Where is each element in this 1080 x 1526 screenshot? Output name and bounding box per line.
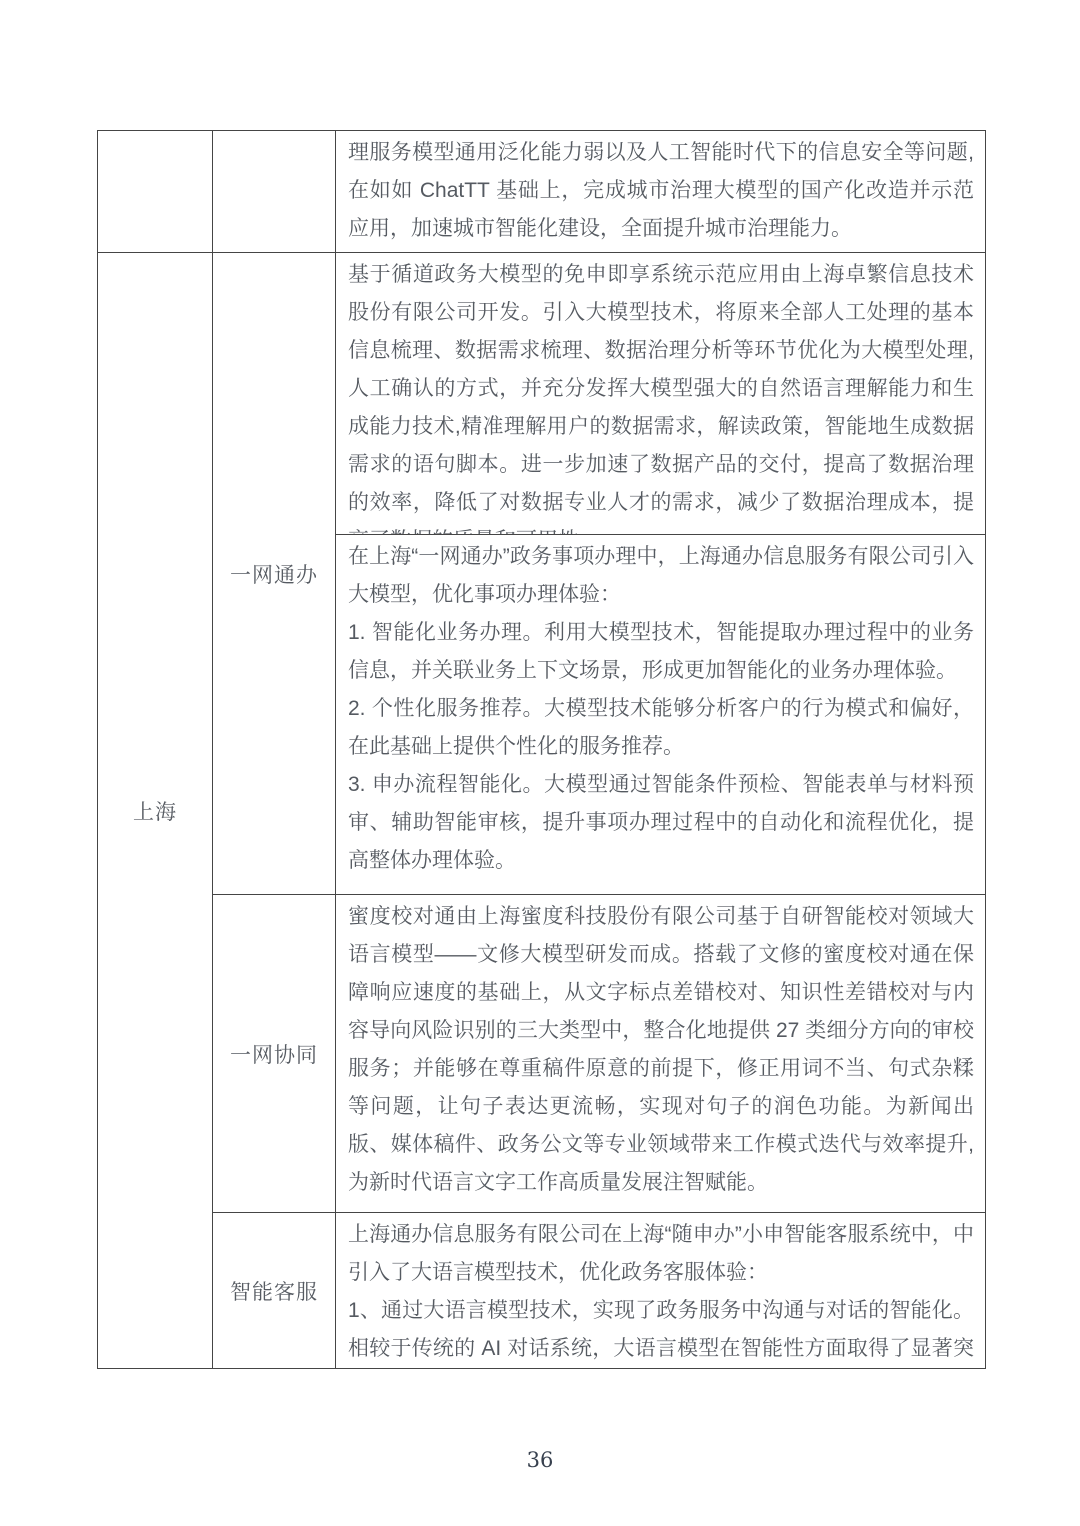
cell-category-continued-empty: [213, 131, 336, 253]
cell-content-suishenban-kefu: 上海通办信息服务有限公司在上海“随申办”小申智能客服系统中，中引入了大语言模型技…: [336, 1213, 986, 1369]
category-label: 一网通办: [230, 564, 318, 587]
cell-content-yiwangtongban-service: 在上海“一网通办”政务事项办理中，上海通办信息服务有限公司引入大模型，优化事项办…: [336, 535, 986, 895]
document-page: 理服务模型通用泛化能力弱以及人工智能时代下的信息安全等问题,在如如 ChatTT…: [0, 0, 1080, 1526]
category-label: 一网协同: [230, 1044, 318, 1067]
table-row: 理服务模型通用泛化能力弱以及人工智能时代下的信息安全等问题,在如如 ChatTT…: [98, 131, 986, 253]
region-label: 上海: [133, 801, 177, 824]
case-text: 蜜度校对通由上海蜜度科技股份有限公司基于自研智能校对领域大语言模型——文修大模型…: [348, 898, 974, 1212]
cell-region-continued-empty: [98, 131, 213, 253]
page-number: 36: [0, 1448, 1080, 1472]
cell-content-midu-jiaoduitong: 蜜度校对通由上海蜜度科技股份有限公司基于自研智能校对领域大语言模型——文修大模型…: [336, 895, 986, 1213]
case-text: 在上海“一网通办”政务事项办理中，上海通办信息服务有限公司引入大模型，优化事项办…: [348, 538, 974, 894]
case-text: 上海通办信息服务有限公司在上海“随申办”小申智能客服系统中，中引入了大语言模型技…: [348, 1216, 974, 1368]
cell-category-yiwangtongban: 一网通办: [213, 253, 336, 895]
case-text: 基于循道政务大模型的免申即享系统示范应用由上海卓繁信息技术股份有限公司开发。引入…: [348, 256, 974, 534]
carryover-text: 理服务模型通用泛化能力弱以及人工智能时代下的信息安全等问题,在如如 ChatTT…: [348, 134, 974, 252]
cell-region-shanghai: 上海: [98, 253, 213, 1369]
category-label: 智能客服: [230, 1281, 318, 1304]
table-row: 上海 一网通办 基于循道政务大模型的免申即享系统示范应用由上海卓繁信息技术股份有…: [98, 253, 986, 535]
table-row: 智能客服 上海通办信息服务有限公司在上海“随申办”小申智能客服系统中，中引入了大…: [98, 1213, 986, 1369]
region-ai-cases-table: 理服务模型通用泛化能力弱以及人工智能时代下的信息安全等问题,在如如 ChatTT…: [97, 130, 986, 1369]
cell-category-yiwangxietong: 一网协同: [213, 895, 336, 1213]
cell-content-mianshenjixiang: 基于循道政务大模型的免申即享系统示范应用由上海卓繁信息技术股份有限公司开发。引入…: [336, 253, 986, 535]
cell-category-zhinengkefu: 智能客服: [213, 1213, 336, 1369]
cell-content-carryover: 理服务模型通用泛化能力弱以及人工智能时代下的信息安全等问题,在如如 ChatTT…: [336, 131, 986, 253]
table-row: 一网协同 蜜度校对通由上海蜜度科技股份有限公司基于自研智能校对领域大语言模型——…: [98, 895, 986, 1213]
